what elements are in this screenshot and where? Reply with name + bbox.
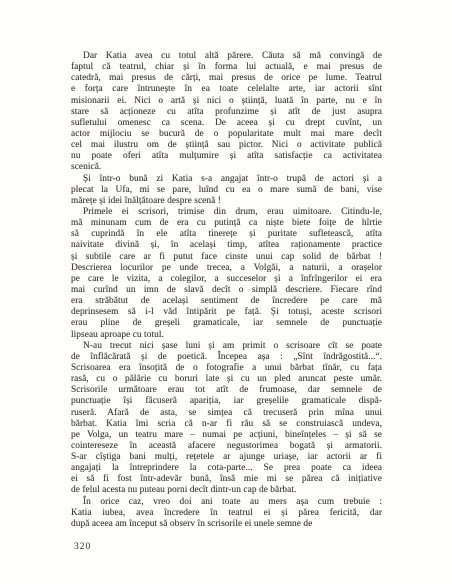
- text-line: faptul că teatrul, chiar și în forma lui…: [71, 62, 382, 73]
- text-line: de înflăcărată și de poetică. Începea aș…: [71, 352, 382, 363]
- text-line: după aceea am început să observ în scris…: [71, 519, 382, 530]
- text-line: să cuprindă în ele atîta tinerețe și pur…: [71, 229, 382, 240]
- text-line: În orice caz, vreo doi ani toate au mers…: [71, 497, 382, 508]
- text-line: ei să fi fost într-adevăr bună, însă mie…: [71, 474, 382, 485]
- text-line: actor mijlociu se bucură de o popularita…: [71, 129, 382, 140]
- text-line: nu poate oferi atîta mulțumire și atîta …: [71, 151, 382, 162]
- text-line: e forța care întrunește în ea toate cele…: [71, 84, 382, 95]
- text-line: catedră, mai presus de cărți, mai presus…: [71, 73, 382, 84]
- text-line: sufletului omenesc ca scena. De aceea și…: [71, 118, 382, 129]
- text-line: Descrierea locurilor pe unde trecea, a V…: [71, 263, 382, 274]
- text-line: Scrisorile următoare erau tot atît de fr…: [71, 385, 382, 396]
- text-line: Katia iubea, avea încredere în teatrul e…: [71, 508, 382, 519]
- text-line: rasă, cu o pălărie cu boruri late și cu …: [71, 374, 382, 385]
- text-line: lipseau aproape cu totul.: [71, 330, 382, 341]
- text-line: ruseră. Afară de asta, se simțea că trec…: [71, 408, 382, 419]
- text-line: cel mai ilustru om de știință sau pictor…: [71, 140, 382, 151]
- text-line: angajați la întreprindere la cota-parte.…: [71, 463, 382, 474]
- text-line: mărețe și idei înălțătoare despre scenă …: [71, 196, 382, 207]
- text-line: Dar Katia avea cu totul altă părere. Cău…: [71, 51, 382, 62]
- text-line: N-au trecut nici șase luni și am primit …: [71, 341, 382, 352]
- text-line: stare să acționeze cu atîta profunzime ș…: [71, 107, 382, 118]
- text-line: era străbătut de același sentiment de în…: [71, 296, 382, 307]
- text-line: Primele ei scrisori, trimise din drum, e…: [71, 207, 382, 218]
- text-line: erau pline de greșeli gramaticale, iar s…: [71, 318, 382, 329]
- text-line: pe Volga, un teatru mare – numai pe acți…: [71, 430, 382, 441]
- text-line: naivitate divină și, în același timp, at…: [71, 240, 382, 251]
- page-text: Dar Katia avea cu totul altă părere. Cău…: [71, 51, 382, 530]
- text-line: Și într-o bună zi Katia s-a angajat într…: [71, 174, 382, 185]
- text-line: bărbat. Katia îmi scria că n-ar fi rău s…: [71, 419, 382, 430]
- text-line: scenică.: [71, 162, 382, 173]
- book-page: Dar Katia avea cu totul altă părere. Cău…: [0, 0, 452, 584]
- text-line: S-ar cîștiga bani mulți, rețetele ar aju…: [71, 452, 382, 463]
- text-line: plecat la Ufa, mi se pare, luînd cu ea o…: [71, 185, 382, 196]
- text-line: pe care le vizita, a colegilor, a succes…: [71, 274, 382, 285]
- text-line: Scrisoarea era însoțită de o fotografie …: [71, 363, 382, 374]
- text-line: mă minunam cum de era cu putință ca nișt…: [71, 218, 382, 229]
- text-line: și subtile care ar fi putut face cinste …: [71, 252, 382, 263]
- text-line: de felul acesta nu puteau porni decît di…: [71, 485, 382, 496]
- text-line: cointereseze în această afacere negustor…: [71, 441, 382, 452]
- text-line: misionarii ei. Nici o artă și nici o ști…: [71, 96, 382, 107]
- text-line: deprinsesem să i-l văd întipărit pe față…: [71, 307, 382, 318]
- text-line: mai curînd un imn de slavă decît o simpl…: [71, 285, 382, 296]
- text-line: punctuație își făcuseră apariția, iar gr…: [71, 396, 382, 407]
- page-number: 320: [74, 542, 91, 552]
